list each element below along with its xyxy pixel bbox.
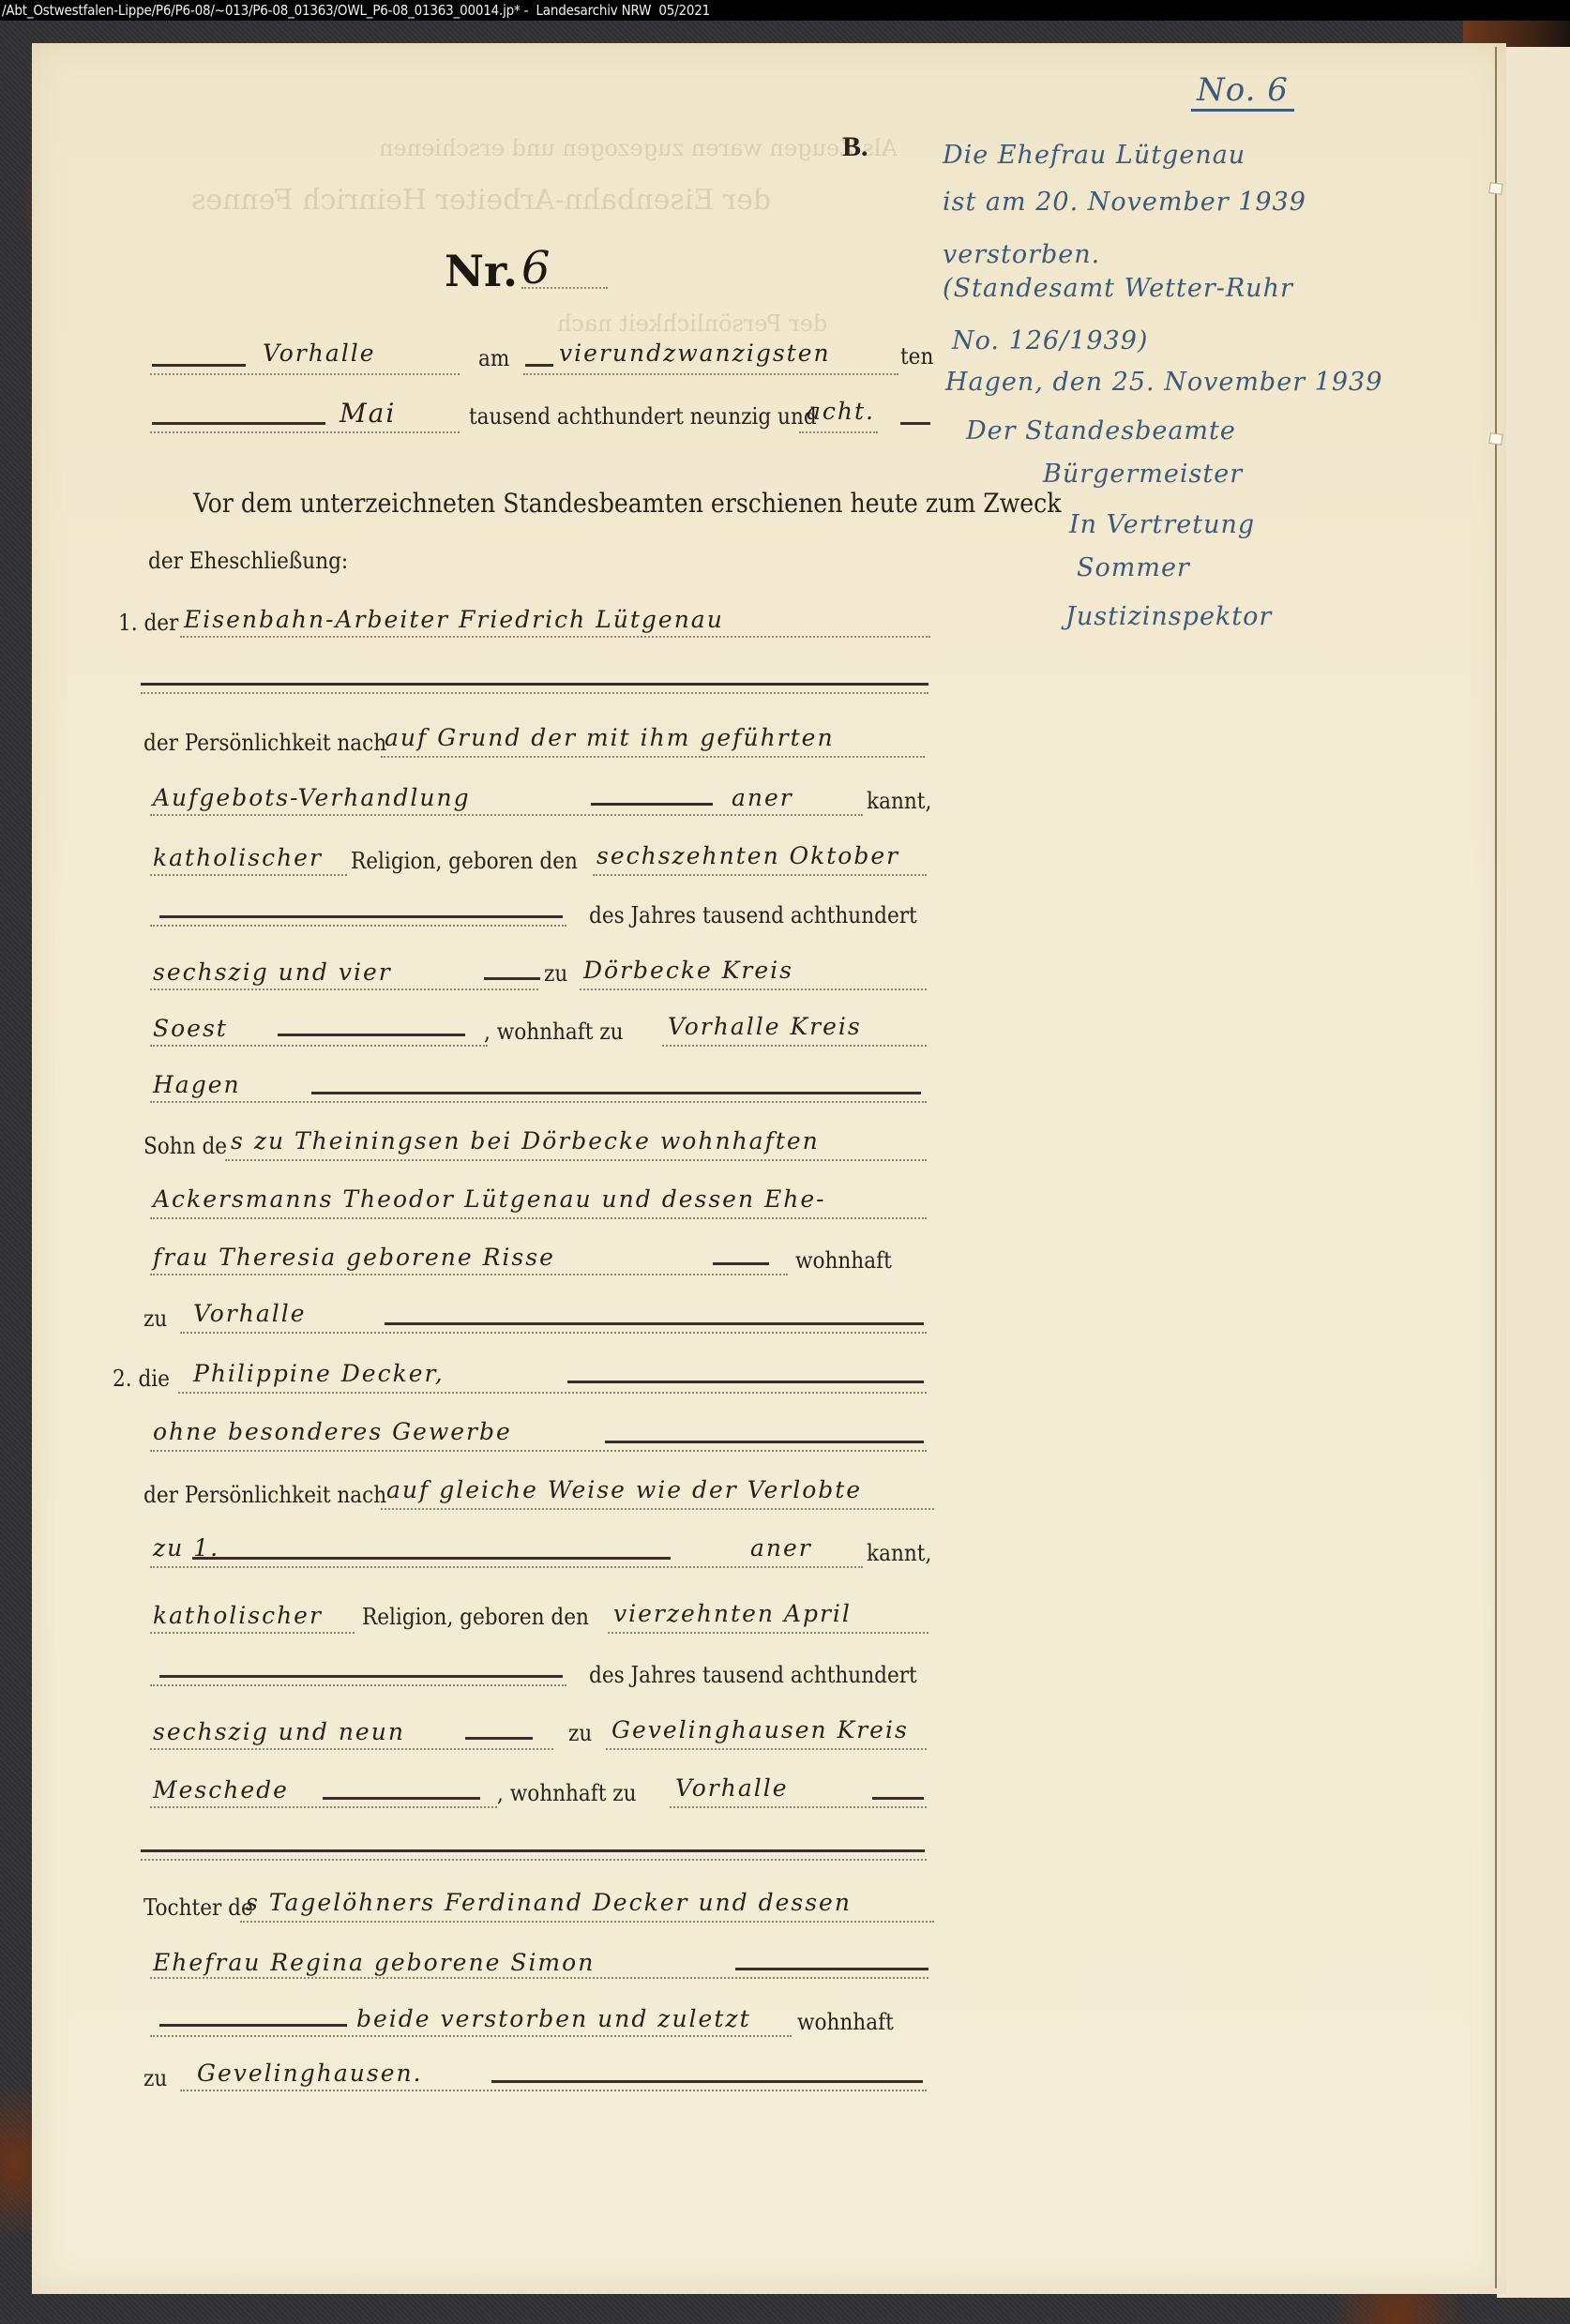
dots (150, 1566, 863, 1568)
groom-birth-year: sechszig und vier (153, 958, 392, 986)
groom-identity-value-2: Aufgebots-Verhandlung (153, 784, 471, 811)
next-page-edge (1497, 47, 1570, 2298)
filler-rule (713, 1262, 769, 1265)
dots (150, 1684, 566, 1686)
binding-stitch (1488, 432, 1503, 445)
groom-name: Eisenbahn-Arbeiter Friedrich Lütgenau (184, 606, 724, 633)
dots (150, 814, 863, 816)
filler-rule (192, 1557, 671, 1560)
bride-identity-suffix: kannt, (867, 1540, 931, 1566)
marriage-place: Vorhalle (263, 340, 376, 367)
filler-rule (605, 1441, 924, 1443)
dots (150, 1101, 927, 1103)
groom-religion-label: Religion, geboren den (351, 848, 578, 874)
bride-occupation: ohne besonderes Gewerbe (153, 1418, 512, 1445)
dots (799, 431, 878, 433)
filler-rule (484, 977, 540, 980)
filler-rule (491, 2080, 923, 2083)
groom-parents-3: frau Theresia geborene Risse (153, 1244, 555, 1271)
dots (150, 925, 566, 927)
margin-annotation-heading: No. 6 (1191, 71, 1294, 112)
dots (670, 1806, 927, 1808)
bride-birth-day: vierzehnten April (613, 1600, 852, 1627)
record-number-dots (521, 287, 608, 289)
dots (240, 1921, 934, 1923)
dots (150, 1274, 788, 1275)
groom-religion: katholischer (153, 844, 323, 871)
groom-residence-label: , wohnhaft zu (484, 1019, 624, 1045)
marriage-month: Mai (340, 398, 396, 429)
groom-identity-label: der Persönlichkeit nach (143, 730, 386, 756)
bleed-through-text: Als Zeugen waren zugezogen und erschiene… (379, 135, 898, 161)
groom-birth-zu: zu (544, 960, 567, 987)
groom-number: 1. der (118, 610, 178, 636)
filler-rule (141, 683, 928, 686)
ten-suffix: ten (900, 343, 933, 370)
bride-religion-label: Religion, geboren den (362, 1604, 589, 1630)
record-number-label: Nr. (445, 246, 518, 296)
margin-annotation-line: verstorben. (943, 240, 1100, 269)
groom-parents-zu: zu (143, 1305, 167, 1332)
dots (150, 1217, 927, 1219)
filler-rule (159, 915, 563, 918)
groom-identity-value: auf Grund der mit ihm geführten (385, 724, 835, 751)
am-label: am (478, 345, 509, 371)
bride-year-label: des Jahres tausend achthundert (589, 1662, 917, 1688)
binding-stitch (1488, 182, 1503, 195)
dots (150, 1748, 553, 1750)
filler-rule (567, 1381, 924, 1383)
bride-identity-value: auf gleiche Weise wie der Verlobte (386, 1476, 862, 1503)
filler-rule (311, 1092, 921, 1094)
window-title-bar: /Abt_Ostwestfalen-Lippe/P6/P6-08/~013/P6… (0, 0, 1570, 21)
bride-parents-zu: zu (143, 2065, 167, 2091)
dots (150, 1450, 927, 1452)
filler-rule (159, 2024, 347, 2027)
filler-rule (278, 1034, 465, 1036)
margin-annotation-line: (Standesamt Wetter-Ruhr (943, 274, 1293, 303)
bride-parents-residence: Gevelinghausen. (197, 2060, 423, 2087)
margin-annotation-line: Sommer (1077, 553, 1190, 582)
groom-parents-1: s zu Theiningsen bei Dörbecke wohnhaften (231, 1127, 820, 1154)
window-title: /Abt_Ostwestfalen-Lippe/P6/P6-08/~013/P6… (2, 2, 710, 19)
dots (150, 1632, 355, 1634)
bride-residence: Vorhalle (675, 1774, 789, 1802)
groom-birth-day: sechszehnten Oktober (596, 842, 899, 869)
bleed-through-text: der Eisenbahn-Arbeiter Heinrich Fennes (191, 184, 771, 217)
dots (225, 1159, 927, 1161)
page-gutter-line (1495, 47, 1497, 2288)
dots (150, 1977, 928, 1979)
groom-birth-place-2: Soest (153, 1015, 228, 1042)
bride-religion: katholischer (153, 1602, 323, 1629)
dots (606, 1748, 927, 1750)
groom-year-label: des Jahres tausend achthundert (589, 902, 917, 928)
dots (608, 1632, 928, 1634)
filler-rule (323, 1797, 480, 1800)
dots (523, 373, 898, 375)
dots (178, 1392, 927, 1394)
bride-name: Philippine Decker, (193, 1360, 445, 1387)
dots (180, 1332, 927, 1334)
bride-residence-label: , wohnhaft zu (497, 1780, 637, 1806)
dots (150, 874, 347, 876)
filler-rule (735, 1968, 928, 1970)
dots (150, 988, 538, 990)
filler-rule (465, 1737, 533, 1740)
bride-number: 2. die (113, 1366, 170, 1392)
dots (381, 1508, 934, 1510)
groom-birth-place: Dörbecke Kreis (583, 957, 793, 984)
bleed-through-text: der Persönlichkeit nach (557, 310, 827, 337)
margin-annotation-line: Die Ehefrau Lütgenau (943, 141, 1245, 170)
section-letter: B. (842, 131, 868, 163)
dots (150, 373, 460, 375)
groom-parents-2: Ackersmanns Theodor Lütgenau und dessen … (153, 1185, 826, 1213)
intro-text: Vor dem unterzeichneten Standesbeamten e… (193, 488, 1062, 519)
bride-birth-zu: zu (568, 1720, 592, 1746)
bride-identity-label: der Persönlichkeit nach (143, 1482, 386, 1508)
bride-parents-label: Tochter de (143, 1894, 253, 1921)
filler-rule (159, 1675, 563, 1678)
marriage-year-suffix: acht. (807, 398, 875, 425)
groom-residence-2: Hagen (153, 1071, 241, 1098)
bride-birth-place-2: Meschede (153, 1776, 289, 1803)
groom-parents-residence-label: wohnhaft (795, 1247, 892, 1274)
dots (150, 1806, 497, 1808)
groom-parents-label: Sohn de (143, 1133, 227, 1159)
filler-rule (152, 364, 246, 367)
filler-rule (525, 364, 553, 367)
year-prefix: tausend achthundert neunzig und (469, 403, 817, 430)
margin-annotation-line: Justizinspektor (1065, 602, 1272, 631)
filler-rule (591, 803, 713, 806)
dots (180, 636, 930, 638)
groom-identity-suffix: kannt, (867, 788, 931, 814)
filler-rule (152, 422, 325, 425)
dots (150, 1045, 488, 1047)
marriage-day: vierundzwanzigsten (559, 340, 831, 367)
filler-rule (872, 1797, 924, 1800)
groom-residence: Vorhalle Kreis (668, 1013, 862, 1040)
margin-annotation-line: ist am 20. November 1939 (943, 188, 1306, 217)
dots (150, 431, 460, 433)
dots (580, 988, 927, 990)
intro-text-2: der Eheschließung: (148, 548, 348, 574)
bride-parents-2: Ehefrau Regina geborene Simon (153, 1949, 595, 1976)
filler-rule (141, 1849, 925, 1852)
groom-identity-suffix-hand: aner (732, 784, 793, 811)
dots (662, 1045, 927, 1047)
bride-parents-1: s Tagelöhners Ferdinand Decker und desse… (246, 1889, 852, 1916)
dots (141, 1859, 927, 1861)
groom-parents-residence: Vorhalle (193, 1300, 307, 1327)
dots (180, 2090, 927, 2091)
dots (141, 692, 928, 694)
bride-birth-year: sechszig und neun (153, 1718, 405, 1745)
margin-annotation-line: Der Standesbeamte (966, 416, 1236, 445)
margin-annotation-line: In Vertretung (1069, 510, 1255, 539)
filler-rule (900, 422, 930, 425)
margin-annotation-line: Hagen, den 25. November 1939 (945, 368, 1382, 397)
dots (593, 874, 927, 876)
dots (381, 756, 925, 758)
margin-annotation-line: No. 126/1939) (952, 326, 1148, 355)
dots (150, 2035, 792, 2037)
filler-rule (385, 1322, 924, 1325)
bride-parents-residence-label: wohnhaft (797, 2009, 894, 2035)
margin-annotation-line: Bürgermeister (1043, 460, 1243, 489)
bride-identity-suffix-hand: aner (750, 1534, 812, 1562)
bride-birth-place: Gevelinghausen Kreis (611, 1716, 909, 1743)
bride-parents-3: beide verstorben und zuletzt (356, 2005, 751, 2032)
